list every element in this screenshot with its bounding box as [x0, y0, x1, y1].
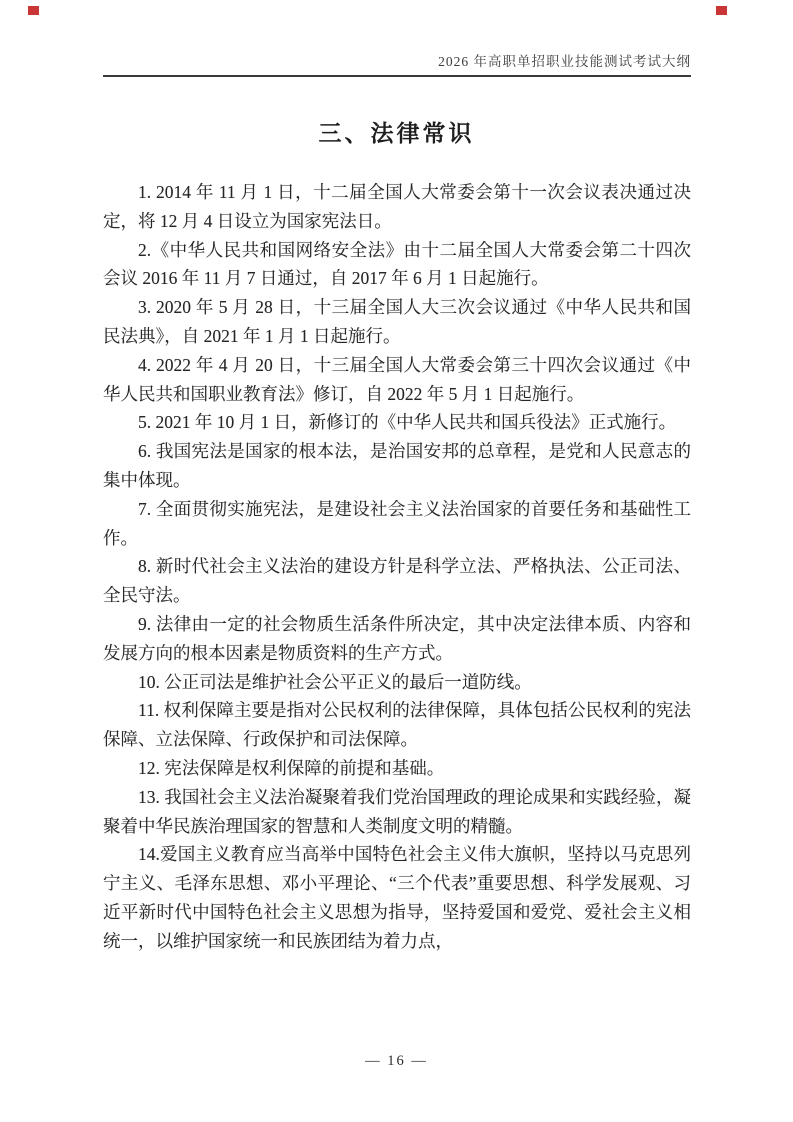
- section-title: 三、法律常识: [0, 115, 793, 148]
- body-paragraph: 13. 我国社会主义法治凝聚着我们党治国理政的理论成果和实践经验，凝聚着中华民族…: [103, 783, 691, 841]
- body-paragraph: 14.爱国主义教育应当高举中国特色社会主义伟大旗帜，坚持以马克思列宁主义、毛泽东…: [103, 840, 691, 955]
- header-divider: [103, 75, 691, 77]
- document-page: 2026 年高职单招职业技能测试考试大纲 三、法律常识 1. 2014 年 11…: [0, 0, 793, 1122]
- body-paragraph: 3. 2020 年 5 月 28 日，十三届全国人大三次会议通过《中华人民共和国…: [103, 293, 691, 351]
- body-paragraph: 10. 公正司法是维护社会公平正义的最后一道防线。: [103, 668, 691, 697]
- body-paragraph: 7. 全面贯彻实施宪法，是建设社会主义法治国家的首要任务和基础性工作。: [103, 495, 691, 553]
- red-stamp-mark-left: [28, 6, 39, 15]
- body-paragraph: 8. 新时代社会主义法治的建设方针是科学立法、严格执法、公正司法、全民守法。: [103, 552, 691, 610]
- body-paragraph: 2.《中华人民共和国网络安全法》由十二届全国人大常委会第二十四次会议 2016 …: [103, 236, 691, 294]
- page-number: — 16 —: [0, 1053, 793, 1070]
- body-paragraph: 6. 我国宪法是国家的根本法，是治国安邦的总章程，是党和人民意志的集中体现。: [103, 437, 691, 495]
- body-paragraph: 11. 权利保障主要是指对公民权利的法律保障，具体包括公民权利的宪法保障、立法保…: [103, 696, 691, 754]
- body-paragraph: 4. 2022 年 4 月 20 日，十三届全国人大常委会第三十四次会议通过《中…: [103, 351, 691, 409]
- body-paragraph: 1. 2014 年 11 月 1 日，十二届全国人大常委会第十一次会议表决通过决…: [103, 178, 691, 236]
- red-stamp-mark-right: [716, 6, 727, 15]
- body-paragraph: 12. 宪法保障是权利保障的前提和基础。: [103, 754, 691, 783]
- running-header-title: 2026 年高职单招职业技能测试考试大纲: [103, 50, 691, 75]
- page-header: 2026 年高职单招职业技能测试考试大纲: [103, 0, 691, 77]
- body-paragraph: 9. 法律由一定的社会物质生活条件所决定，其中决定法律本质、内容和发展方向的根本…: [103, 610, 691, 668]
- document-body: 1. 2014 年 11 月 1 日，十二届全国人大常委会第十一次会议表决通过决…: [103, 178, 691, 956]
- body-paragraph: 5. 2021 年 10 月 1 日，新修订的《中华人民共和国兵役法》正式施行。: [103, 408, 691, 437]
